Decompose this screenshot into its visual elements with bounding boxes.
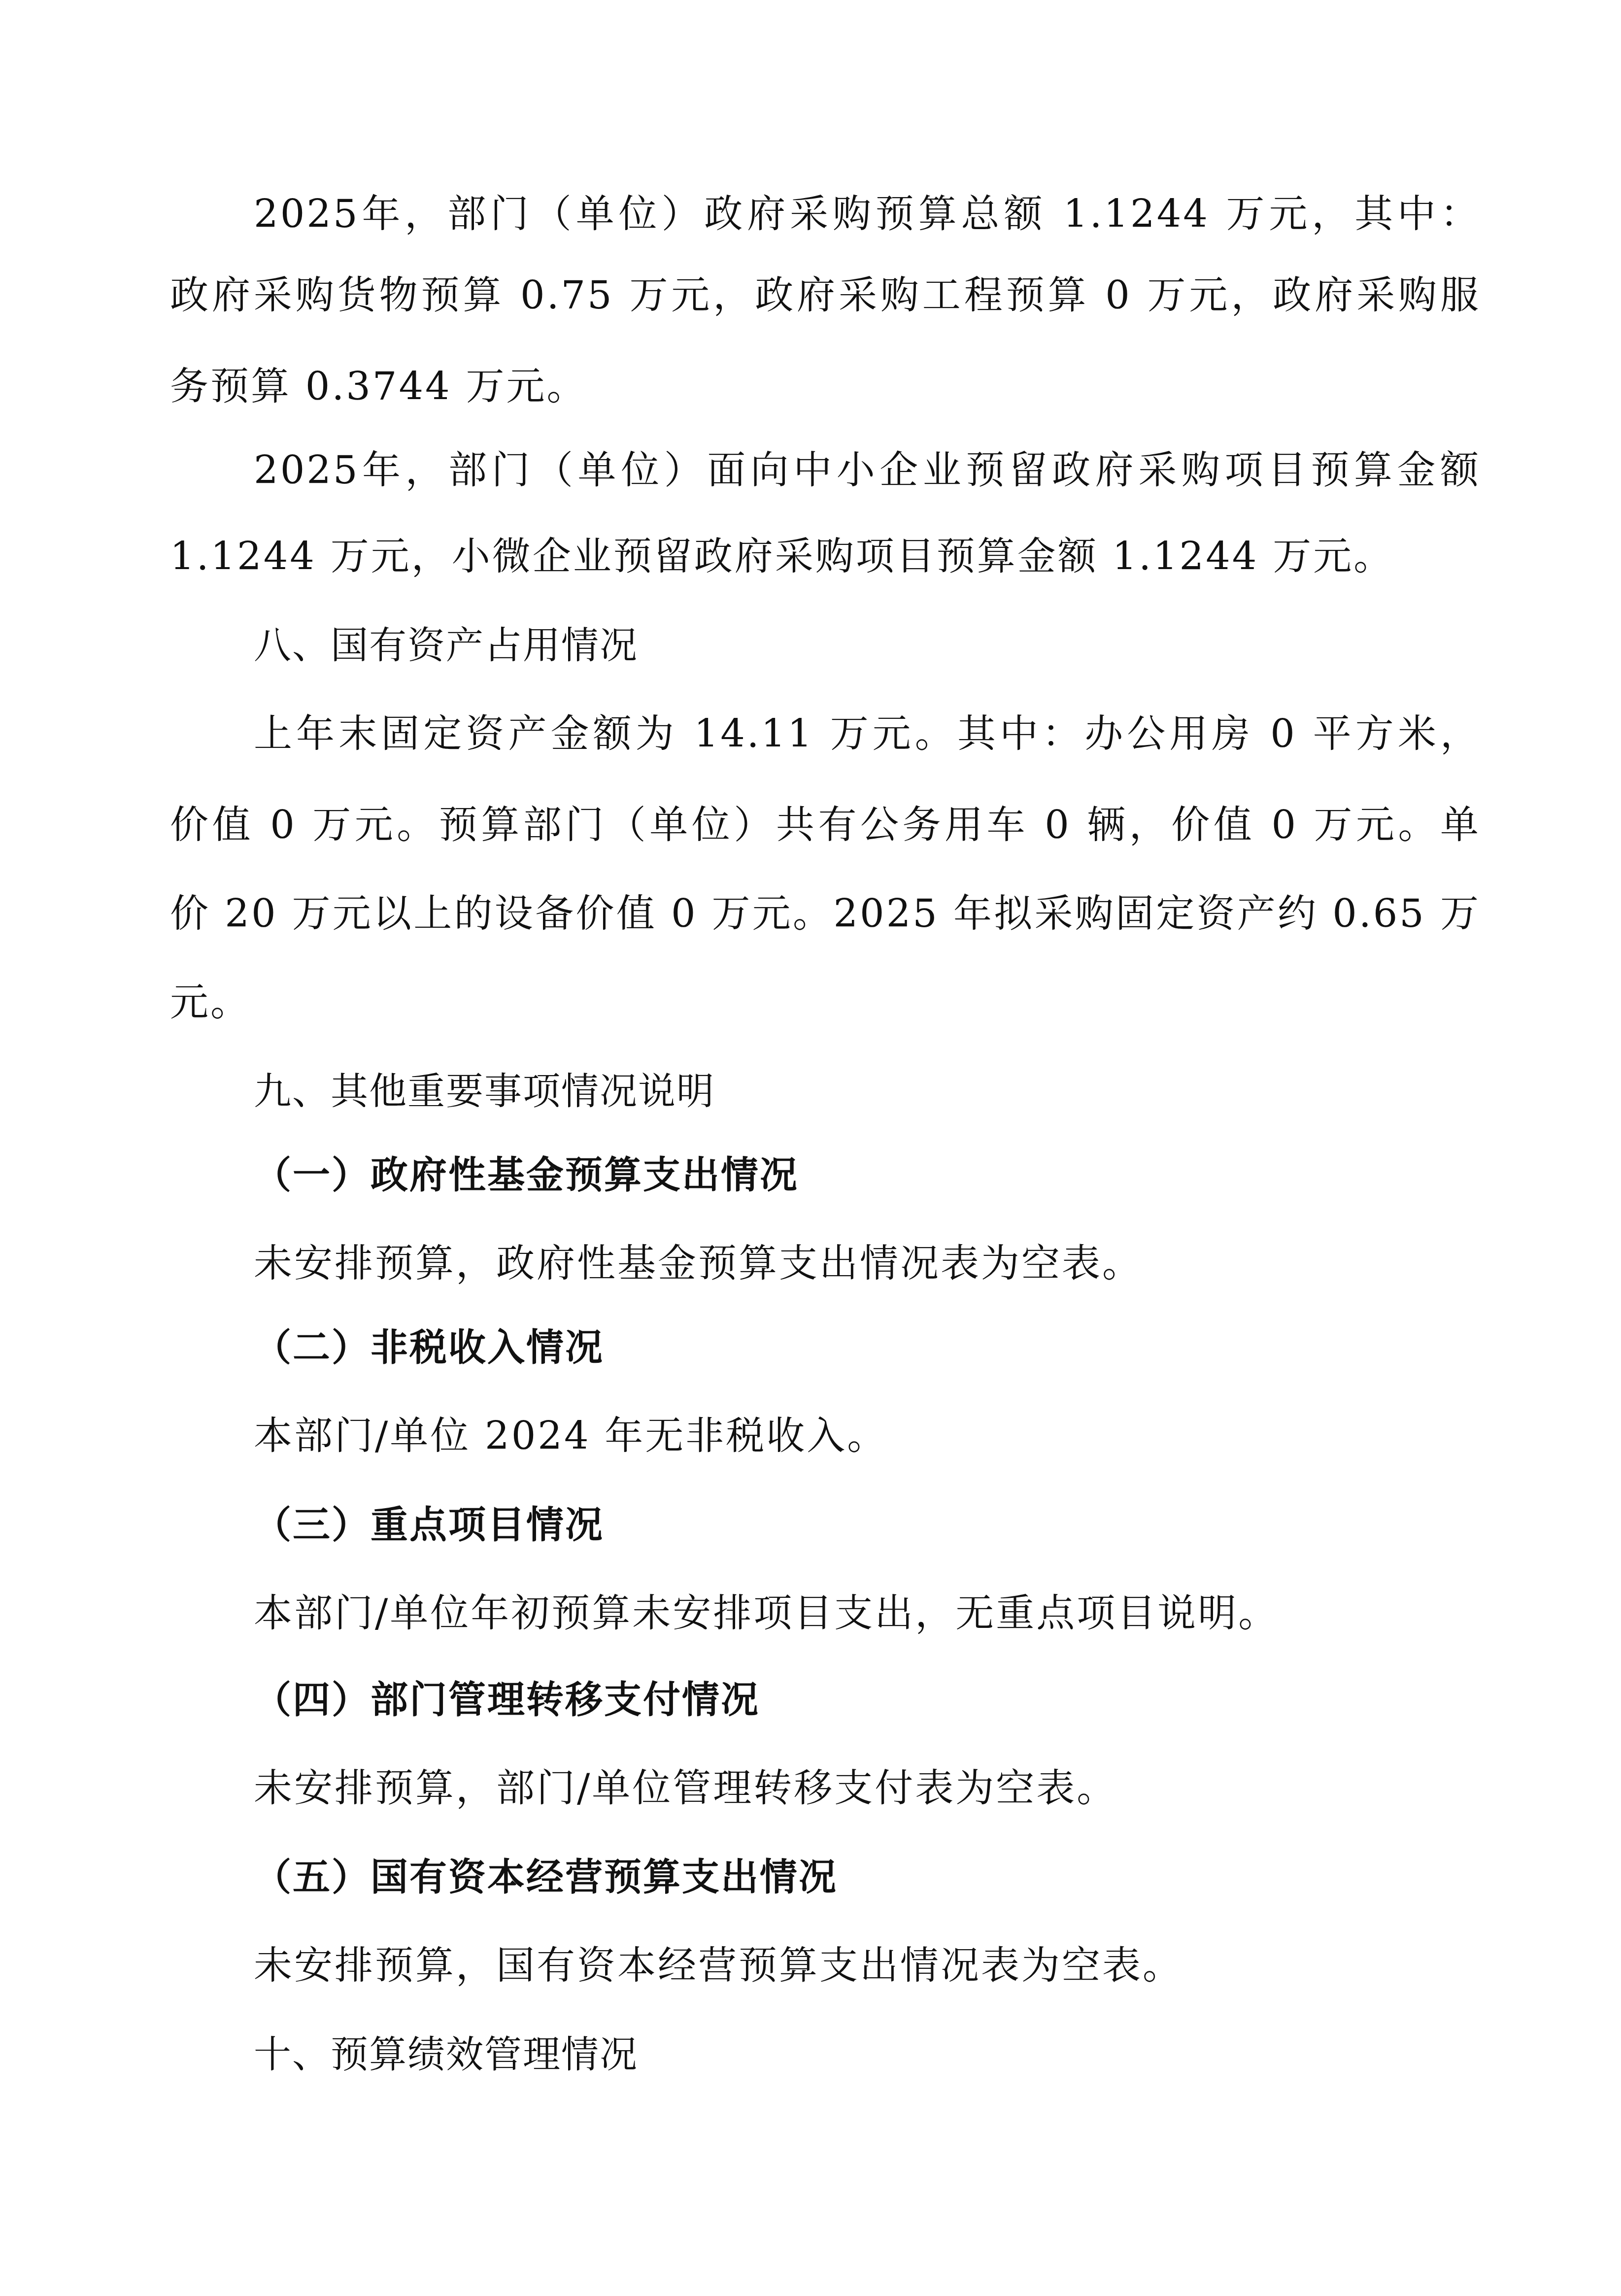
subsection-2-body: 本部门/单位 2024 年无非税收入。 [254, 1412, 1481, 1461]
section-8-heading: 八、国有资产占用情况 [254, 621, 1481, 670]
subsection-5-body: 未安排预算，国有资本经营预算支出情况表为空表。 [254, 1941, 1481, 1991]
subsection-4-body: 未安排预算，部门/单位管理转移支付表为空表。 [254, 1764, 1481, 1813]
subsection-3-body: 本部门/单位年初预算未安排项目支出，无重点项目说明。 [254, 1589, 1481, 1638]
section-8-line-4: 元。 [170, 978, 1481, 1027]
section-10-heading: 十、预算绩效管理情况 [254, 2030, 1481, 2079]
subsection-5-heading: （五）国有资本经营预算支出情况 [254, 1853, 1481, 1902]
sme-reserved-line-2: 1.1244 万元，小微企业预留政府采购项目预算金额 1.1244 万元。 [170, 532, 1481, 581]
procurement-total-line-2: 政府采购货物预算 0.75 万元，政府采购工程预算 0 万元，政府采购服 [170, 271, 1481, 320]
procurement-total-line-3: 务预算 0.3744 万元。 [170, 362, 1481, 411]
section-8-line-1: 上年末固定资产金额为 14.11 万元。其中：办公用房 0 平方米， [254, 709, 1481, 759]
procurement-total-line-1: 2025年，部门（单位）政府采购预算总额 1.1244 万元，其中： [254, 190, 1481, 239]
section-8-line-2: 价值 0 万元。预算部门（单位）共有公务用车 0 辆，价值 0 万元。单 [170, 801, 1481, 850]
subsection-2-heading: （二）非税收入情况 [254, 1323, 1481, 1372]
section-8-line-3: 价 20 万元以上的设备价值 0 万元。2025 年拟采购固定资产约 0.65 … [170, 889, 1481, 939]
subsection-1-body: 未安排预算，政府性基金预算支出情况表为空表。 [254, 1239, 1481, 1288]
section-9-heading: 九、其他重要事项情况说明 [254, 1067, 1481, 1116]
subsection-4-heading: （四）部门管理转移支付情况 [254, 1675, 1481, 1724]
subsection-1-heading: （一）政府性基金预算支出情况 [254, 1150, 1481, 1200]
subsection-3-heading: （三）重点项目情况 [254, 1500, 1481, 1550]
sme-reserved-line-1: 2025年，部门（单位）面向中小企业预留政府采购项目预算金额 [254, 446, 1481, 495]
